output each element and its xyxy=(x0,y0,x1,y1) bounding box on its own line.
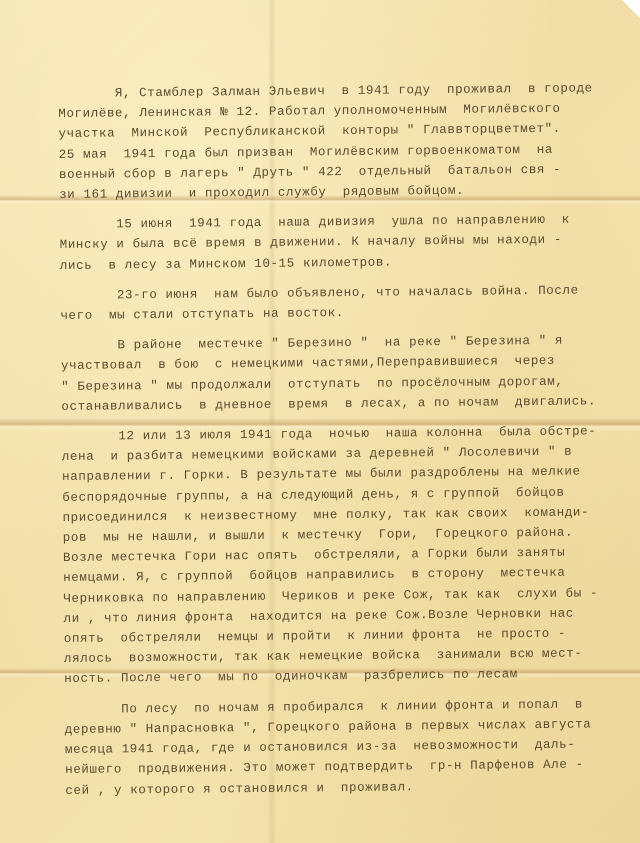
paragraph: 23-го июня нам было объявлено, что начал… xyxy=(60,280,632,326)
paragraph: 12 или 13 июля 1941 года ночью наша коло… xyxy=(62,421,637,690)
torn-corner xyxy=(622,0,640,18)
paragraph: По лесу по ночам я пробирался к линии фр… xyxy=(64,694,637,801)
typewritten-text-body: Я, Стамблер Залман Эльевич в 1941 году п… xyxy=(58,78,637,801)
paragraph: Я, Стамблер Залман Эльевич в 1941 году п… xyxy=(58,78,631,205)
paragraph: 15 июня 1941 года наша дивизия ушла по н… xyxy=(59,209,632,276)
paragraph: В районе местечке " Березино " на реке "… xyxy=(61,330,634,417)
